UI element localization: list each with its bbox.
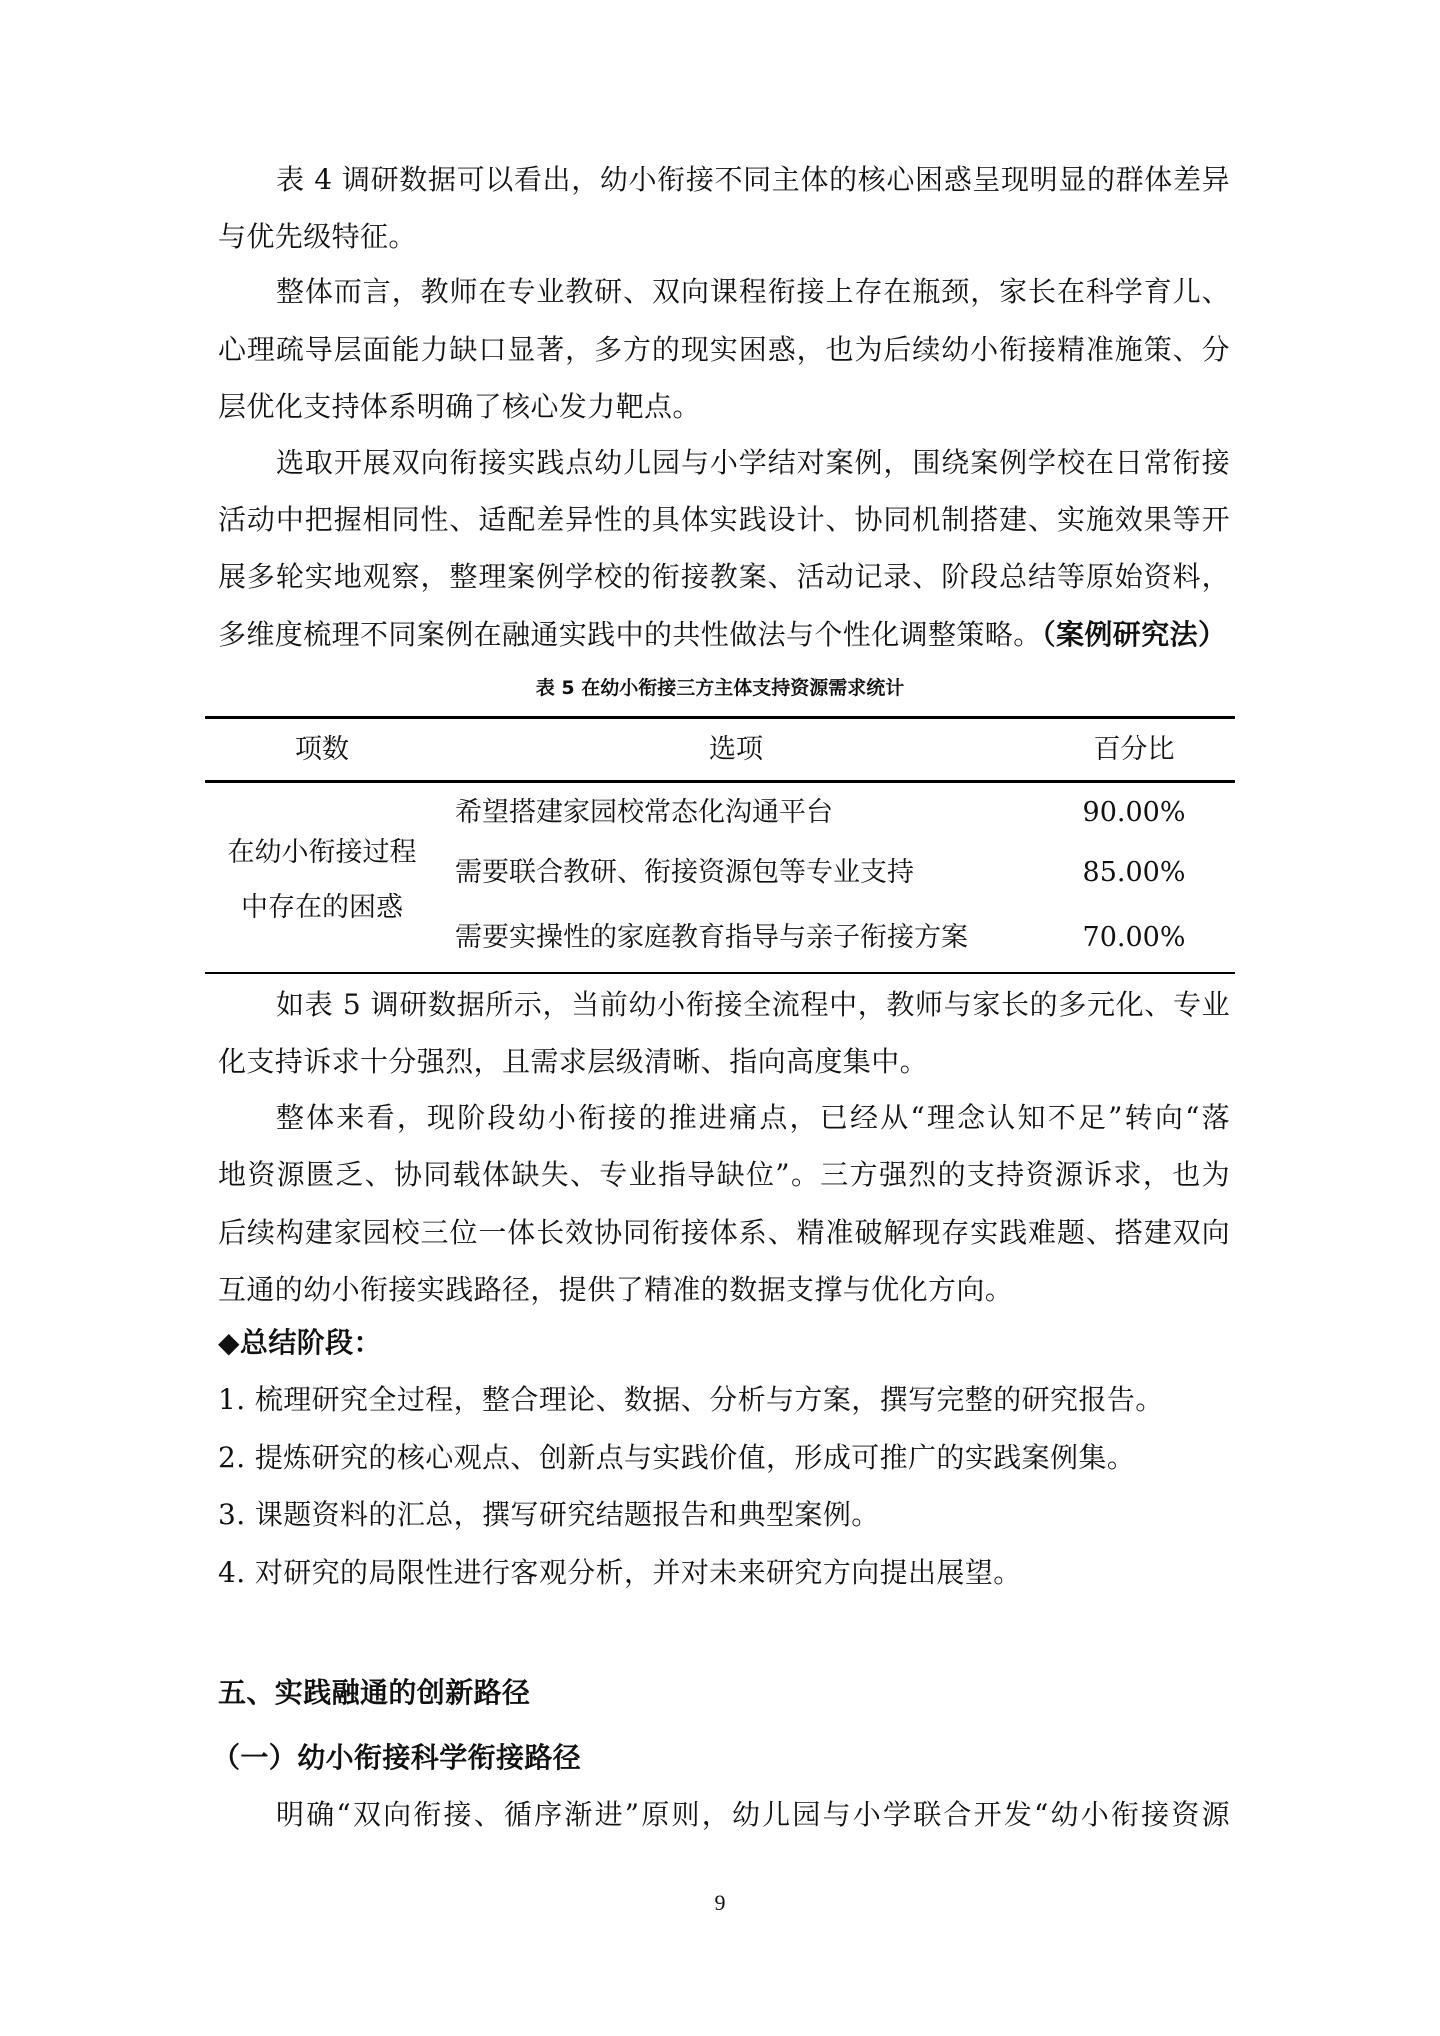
summary-item: 3. 课题资料的汇总，撰写研究结题报告和典型案例。 <box>218 1495 880 1535</box>
paragraph-line: 整体而言，教师在专业教研、双向课程衔接上存在瓶颈，家长在科学育儿、 <box>276 272 1230 312</box>
table-bottom-rule <box>205 972 1235 974</box>
paragraph-line: 地资源匮乏、协同载体缺失、专业指导缺位”。三方强烈的支持资源诉求，也为 <box>218 1155 1230 1195</box>
paragraph-line: 多维度梳理不同案例在融通实践中的共性做法与个性化调整策略。（案例研究法） <box>218 615 1226 655</box>
method-label: （案例研究法） <box>1042 618 1227 651</box>
paragraph-line: 明确“双向衔接、循序渐进”原则，幼儿园与小学联合开发“幼小衔接资源 <box>276 1795 1230 1835</box>
table-row-option: 需要实操性的家庭教育指导与亲子衔接方案 <box>455 918 968 958</box>
table-title: 表 5 在幼小衔接三方主体支持资源需求统计 <box>0 672 1440 704</box>
table-group-label: 中存在的困惑 <box>241 888 403 928</box>
table-header-option: 选项 <box>709 730 763 770</box>
summary-item: 2. 提炼研究的核心观点、创新点与实践价值，形成可推广的实践案例集。 <box>218 1438 1135 1478</box>
paragraph-line: 整体来看，现阶段幼小衔接的推进痛点，已经从“理念认知不足”转向“落 <box>276 1098 1230 1138</box>
table-row-percent: 85.00% <box>1083 853 1186 893</box>
paragraph-line: 心理疏导层面能力缺口显著，多方的现实困惑，也为后续幼小衔接精准施策、分 <box>218 330 1230 370</box>
paragraph-line: 选取开展双向衔接实践点幼儿园与小学结对案例，围绕案例学校在日常衔接 <box>276 443 1230 483</box>
table-header-rule <box>205 780 1235 783</box>
subsection-heading: （一）幼小衔接科学衔接路径 <box>212 1738 581 1778</box>
paragraph-line: 化支持诉求十分强烈，且需求层级清晰、指向高度集中。 <box>218 1042 928 1082</box>
table-row-percent: 70.00% <box>1083 918 1186 958</box>
paragraph-line: 后续构建家园校三位一体长效协同衔接体系、精准破解现存实践难题、搭建双向 <box>218 1213 1230 1253</box>
paragraph-line: 展多轮实地观察，整理案例学校的衔接教案、活动记录、阶段总结等原始资料， <box>218 557 1230 597</box>
paragraph-text: 多维度梳理不同案例在融通实践中的共性做法与个性化调整策略。 <box>218 618 1042 651</box>
table-row-option: 需要联合教研、衔接资源包等专业支持 <box>455 853 914 893</box>
table-header-percent: 百分比 <box>1094 730 1175 770</box>
table-top-rule <box>205 716 1235 719</box>
table-row-option: 希望搭建家园校常态化沟通平台 <box>455 793 833 833</box>
summary-item: 1. 梳理研究全过程，整合理论、数据、分析与方案，撰写完整的研究报告。 <box>218 1380 1164 1420</box>
table-row-percent: 90.00% <box>1083 793 1186 833</box>
page-number: 9 <box>0 1886 1440 1920</box>
paragraph-line: 活动中把握相同性、适配差异性的具体实践设计、协同机制搭建、实施效果等开 <box>218 500 1230 540</box>
paragraph-line: 与优先级特征。 <box>218 217 417 257</box>
section-heading: 五、实践融通的创新路径 <box>218 1673 530 1713</box>
paragraph-line: 互通的幼小衔接实践路径，提供了精准的数据支撑与优化方向。 <box>218 1270 1013 1310</box>
summary-item: 4. 对研究的局限性进行客观分析，并对未来研究方向提出展望。 <box>218 1553 1022 1593</box>
table-group-label: 在幼小衔接过程 <box>228 833 417 873</box>
table-header-item: 项数 <box>295 730 349 770</box>
summary-stage-heading: ◆总结阶段： <box>218 1323 382 1363</box>
paragraph-line: 层优化支持体系明确了核心发力靶点。 <box>218 387 701 427</box>
paragraph-line: 表 4 调研数据可以看出，幼小衔接不同主体的核心困惑呈现明显的群体差异 <box>276 160 1230 200</box>
paragraph-line: 如表 5 调研数据所示，当前幼小衔接全流程中，教师与家长的多元化、专业 <box>276 985 1230 1025</box>
